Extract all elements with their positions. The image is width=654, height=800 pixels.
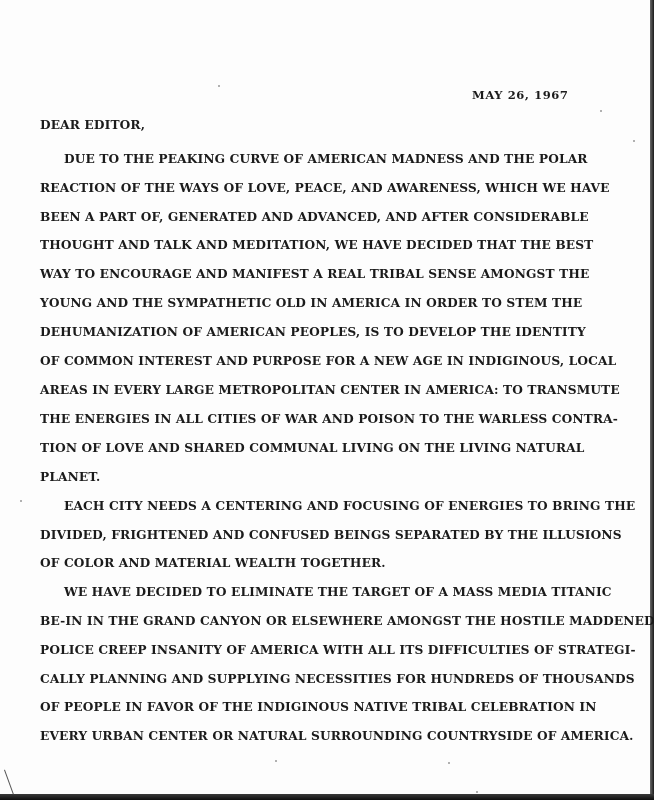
scan-speck xyxy=(600,110,602,112)
letter-line: BE-IN IN THE GRAND CANYON OR ELSEWHERE A… xyxy=(40,614,654,628)
letter-line: DEHUMANIZATION OF AMERICAN PEOPLES, IS T… xyxy=(40,325,586,339)
scan-speck xyxy=(633,140,635,142)
letter-line: YOUNG AND THE SYMPATHETIC OLD IN AMERICA… xyxy=(40,296,582,310)
letter-line: PLANET. xyxy=(40,470,100,484)
letter-line: THE ENERGIES IN ALL CITIES OF WAR AND PO… xyxy=(40,412,618,426)
letter-line: REACTION OF THE WAYS OF LOVE, PEACE, AND… xyxy=(40,181,610,195)
letter-salutation: DEAR EDITOR, xyxy=(40,118,145,132)
letter-line: EVERY URBAN CENTER OR NATURAL SURROUNDIN… xyxy=(40,729,634,743)
letter-line: OF COLOR AND MATERIAL WEALTH TOGETHER. xyxy=(40,556,386,570)
scan-speck xyxy=(275,760,277,762)
letter-line: DIVIDED, FRIGHTENED AND CONFUSED BEINGS … xyxy=(40,528,622,542)
letter-line: TION OF LOVE AND SHARED COMMUNAL LIVING … xyxy=(40,441,584,455)
letter-line: POLICE CREEP INSANITY OF AMERICA WITH AL… xyxy=(40,643,636,657)
letter-line: EACH CITY NEEDS A CENTERING AND FOCUSING… xyxy=(64,499,635,513)
letter-line: BEEN A PART OF, GENERATED AND ADVANCED, … xyxy=(40,210,589,224)
letter-line: WE HAVE DECIDED TO ELIMINATE THE TARGET … xyxy=(64,585,612,599)
letter-line: AREAS IN EVERY LARGE METROPOLITAN CENTER… xyxy=(40,383,620,397)
scan-border-bottom xyxy=(0,794,654,800)
letter-line: CALLY PLANNING AND SUPPLYING NECESSITIES… xyxy=(40,672,635,686)
letter-line: THOUGHT AND TALK AND MEDITATION, WE HAVE… xyxy=(40,238,593,252)
scan-speck xyxy=(20,500,22,502)
scan-speck xyxy=(218,85,220,87)
scan-speck xyxy=(476,791,478,793)
letter-line: DUE TO THE PEAKING CURVE OF AMERICAN MAD… xyxy=(64,152,588,166)
letter-line: OF PEOPLE IN FAVOR OF THE INDIGINOUS NAT… xyxy=(40,700,597,714)
letter-line: WAY TO ENCOURAGE AND MANIFEST A REAL TRI… xyxy=(40,267,589,281)
letter-date: MAY 26, 1967 xyxy=(472,88,569,102)
letter-line: OF COMMON INTEREST AND PURPOSE FOR A NEW… xyxy=(40,354,616,368)
scan-border-right xyxy=(650,0,654,800)
scan-speck xyxy=(448,762,450,764)
